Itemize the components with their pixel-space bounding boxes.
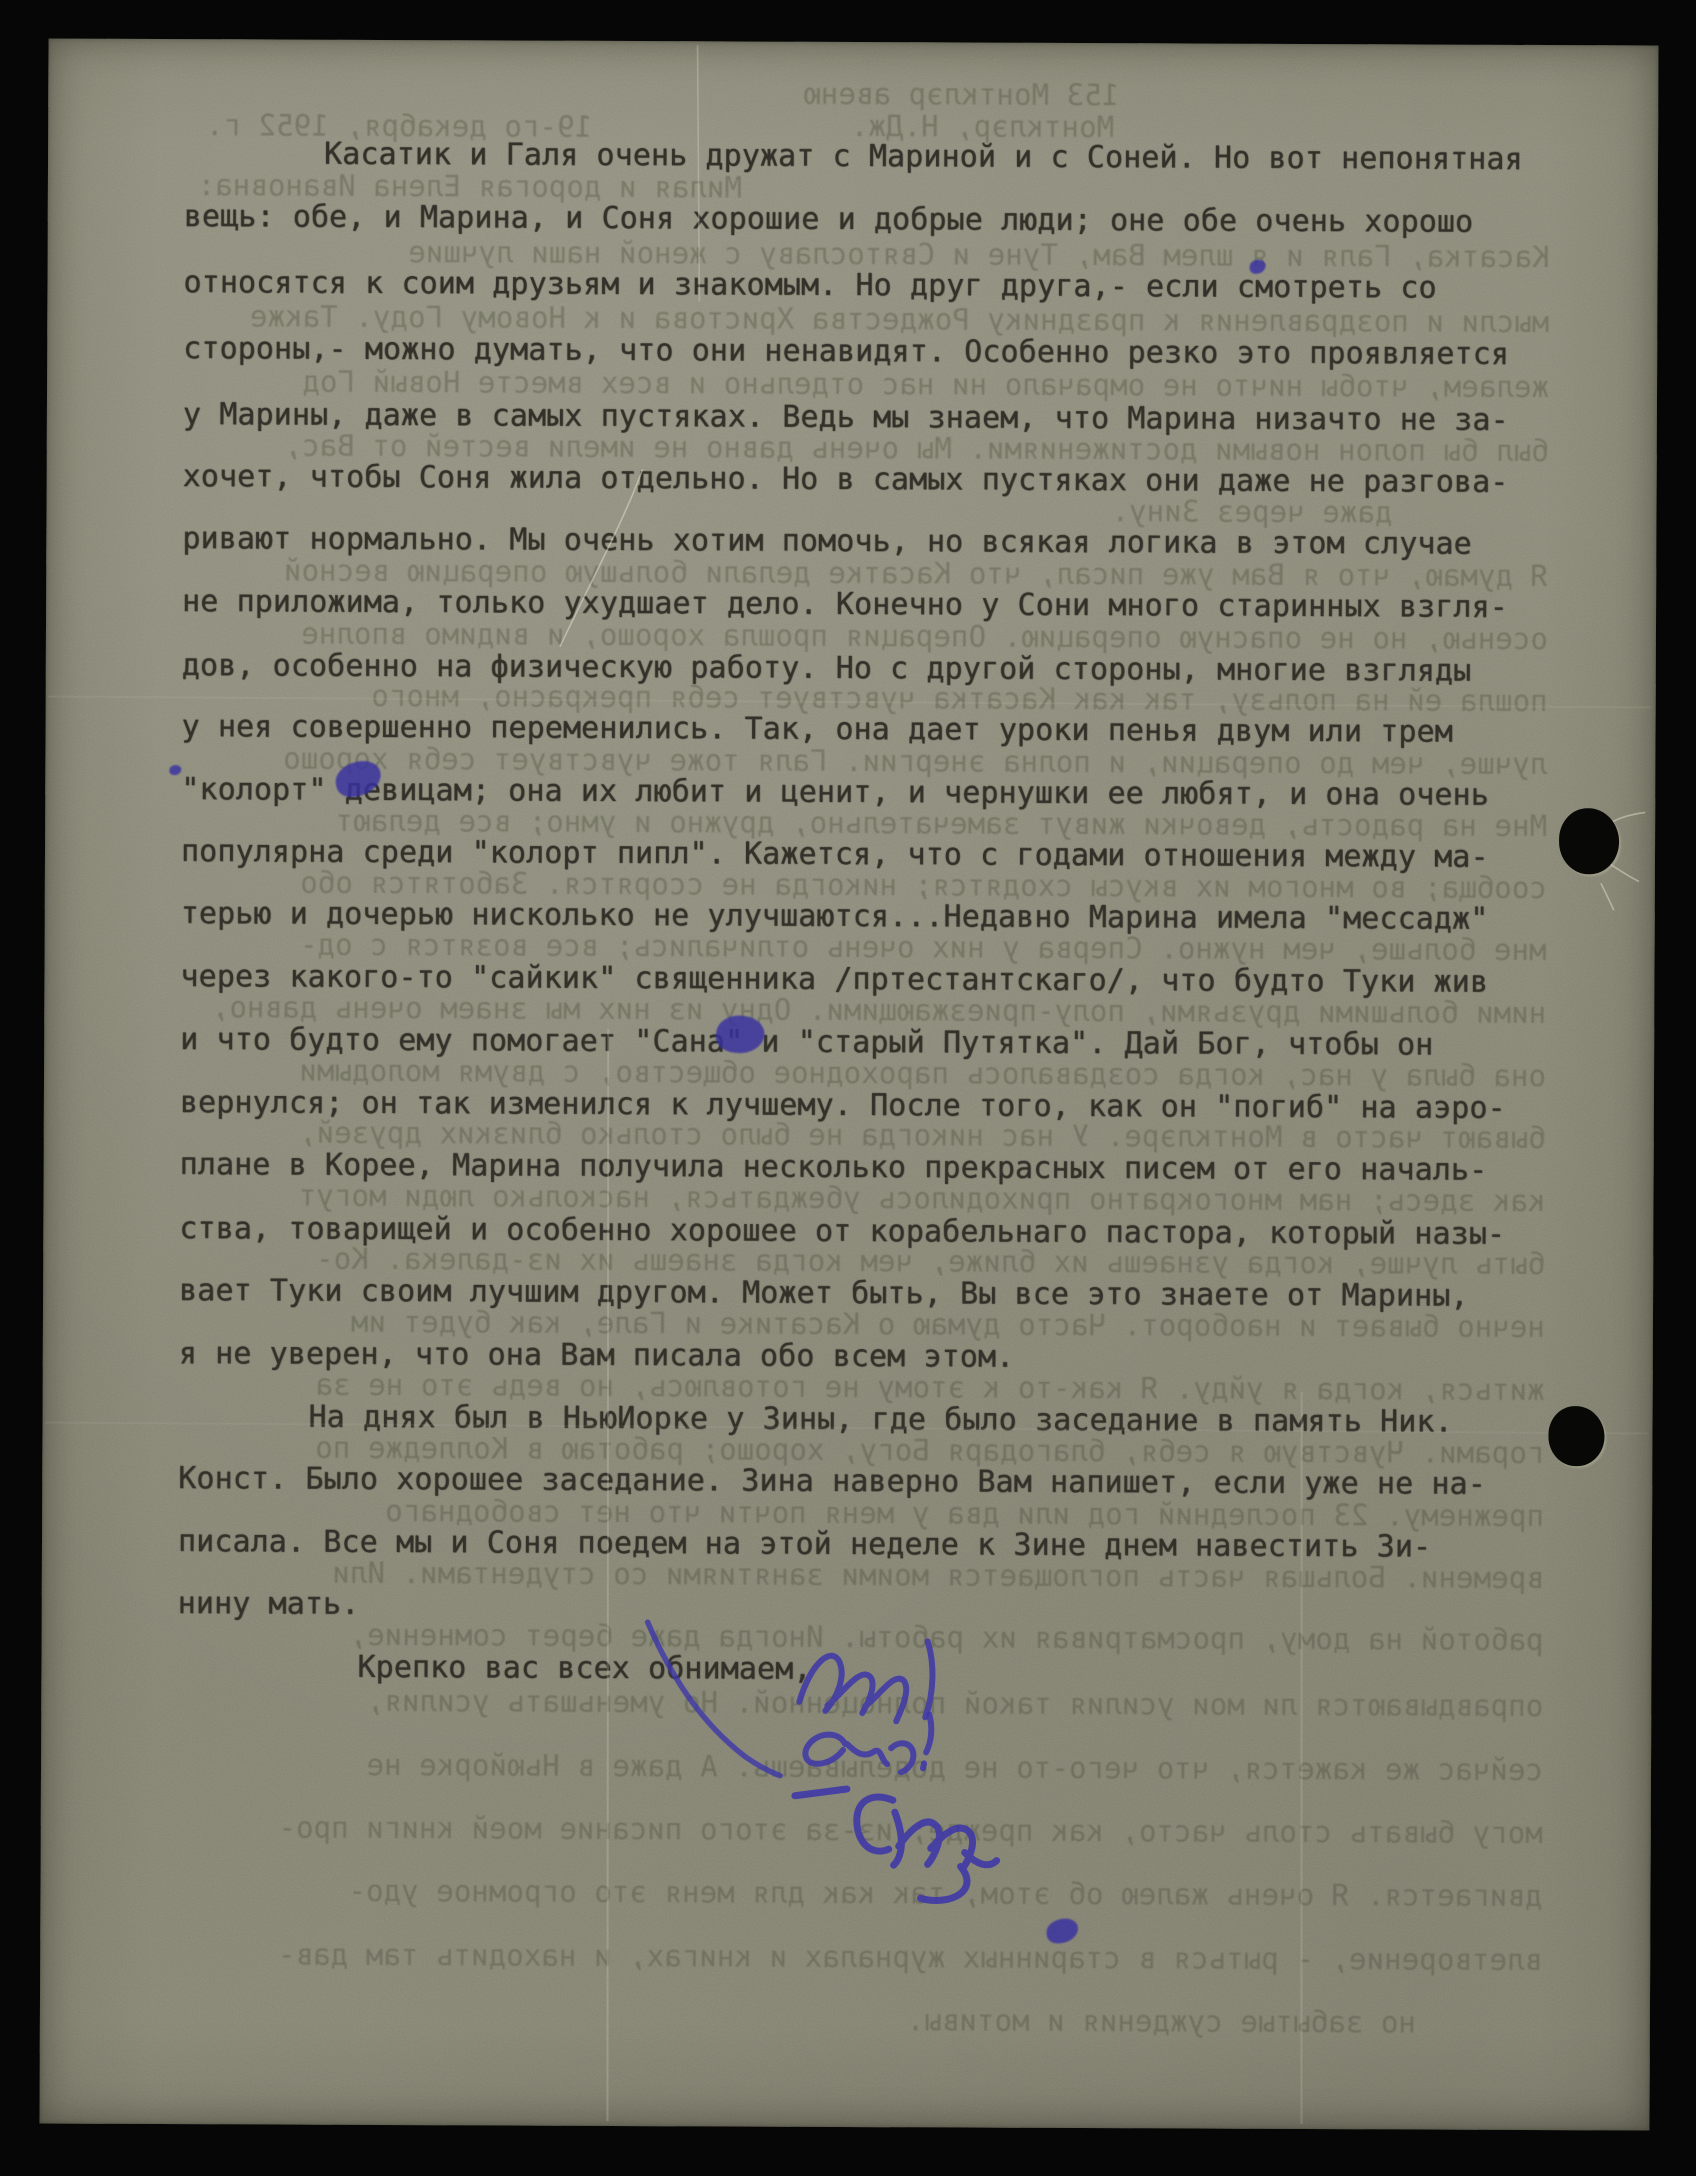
bleedthrough-line: оправдываются ли мои усилия такой полноц… (177, 1684, 1543, 1723)
typed-line: через какого-то "сайкик" священника /прт… (180, 960, 1488, 1000)
typed-line: стороны,- можно думать, что они ненавидя… (183, 332, 1509, 372)
scanned-letter-screenshot: { "document": { "kind": "scanned typewri… (0, 0, 1696, 2176)
bleedthrough-line: даже через Зину. (1102, 495, 1392, 529)
typed-line: дов, особенно на физическую работу. Но с… (182, 649, 1472, 689)
ink-blot (169, 765, 181, 775)
typed-line: хочет, чтобы Соня жила отдельно. Но в са… (183, 460, 1509, 500)
typed-line: вернулся; он так изменился к лучшему. По… (180, 1086, 1506, 1126)
typed-line: плане в Корее, Марина получила несколько… (180, 1148, 1488, 1188)
typed-line: у нея совершенно переменились. Так, она … (181, 710, 1452, 750)
bleedthrough-line: но забытые суждения и мотивы. (996, 2005, 1416, 2040)
bleedthrough-line: двигается. Я очень жалею об этом, так ка… (176, 1874, 1542, 1913)
typed-line: нину мать. (178, 1587, 360, 1622)
punch-hole (1548, 1406, 1604, 1466)
typed-line: Крепко вас всех обнимаем, (357, 1651, 811, 1687)
typed-line: вает Туки своим лучшим другом. Может быт… (179, 1274, 1469, 1314)
bleedthrough-line: 153 Монтклэр авеню (834, 78, 1119, 112)
typed-line: у Марины, даже в самых пустяках. Ведь мы… (183, 398, 1509, 438)
typed-line: писала. Все мы и Соня поедем на этой нед… (178, 1525, 1431, 1564)
typed-line: вещь: обе, и Марина, и Соня хорошие и до… (184, 200, 1474, 240)
bleedthrough-line: влетворение, - рыться в старинных журнал… (176, 1938, 1542, 1977)
typed-line: не приложима, только ухудшает дело. Коне… (182, 585, 1508, 625)
typed-line: популярна среди "колорт пипл". Кажется, … (181, 835, 1489, 875)
letter-paper: 153 Монтклэр авенюМонтклэр, Н.Дж.19-го д… (39, 38, 1658, 2130)
bleedthrough-line: сейчас же кажется, что чего-то не доделы… (177, 1748, 1543, 1787)
typed-line: Конст. Было хорошее заседание. Зина наве… (178, 1462, 1486, 1502)
typed-line: ства, товарищей и особенно хорошее от ко… (179, 1212, 1505, 1252)
typed-line: относятся к соим друзьям и знакомым. Но … (183, 266, 1436, 305)
punch-hole (1559, 808, 1619, 874)
typed-line: ривают нормально. Мы очень хотим помочь,… (182, 522, 1472, 562)
typed-line: На днях был в НьюИорке у Зины, где было … (308, 1401, 1452, 1440)
page-space: 153 Монтклэр авенюМонтклэр, Н.Дж.19-го д… (39, 38, 1658, 2130)
typed-line: терью и дочерью нисколько не улучшаются.… (181, 897, 1489, 937)
bleedthrough-line: могу бывать столь часто, как прежде; из-… (177, 1811, 1543, 1850)
typed-line: я не уверен, что она Вам писала обо всем… (179, 1337, 1015, 1375)
typed-line: и что будто ему помогает "Сана" и "стары… (180, 1023, 1433, 1062)
typed-line: Касатик и Галя очень дружат с Мариной и … (324, 138, 1523, 177)
